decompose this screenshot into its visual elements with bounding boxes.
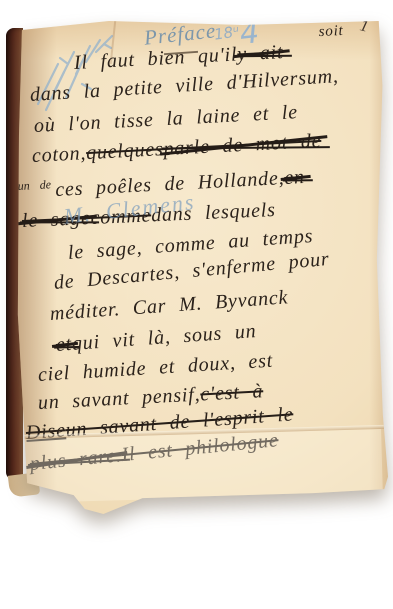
inserted-word: soit xyxy=(318,23,344,41)
struck-text: c'est à xyxy=(200,380,264,406)
struck-text: y ait xyxy=(237,41,284,66)
handwriting-text: coton, xyxy=(31,142,86,168)
manuscript-photo: Préface 18ᵘ 4 1 Il faut bien qu'il y ait… xyxy=(0,0,393,609)
struck-text: quelques xyxy=(86,138,165,165)
pasted-slip xyxy=(21,429,383,503)
open-book: Préface 18ᵘ 4 1 Il faut bien qu'il y ait… xyxy=(6,16,388,516)
handwriting-text: Il faut bien qu'il xyxy=(73,43,238,75)
page-wrap: Préface 18ᵘ 4 1 Il faut bien qu'il y ait… xyxy=(16,16,388,514)
handwriting-text: un de xyxy=(17,177,51,194)
struck-text: parle de mot de xyxy=(163,130,322,161)
handwriting-text: qui vit là, sous un xyxy=(71,320,257,356)
struck-text: en xyxy=(284,166,306,190)
handwriting-text: un savant pensif, xyxy=(37,384,201,415)
manuscript-line: le sage comme dans lesquelsM. Clemens xyxy=(21,199,276,233)
manuscript-page: Préface 18ᵘ 4 1 Il faut bien qu'il y ait… xyxy=(16,16,388,514)
struck-text: et xyxy=(55,333,73,357)
